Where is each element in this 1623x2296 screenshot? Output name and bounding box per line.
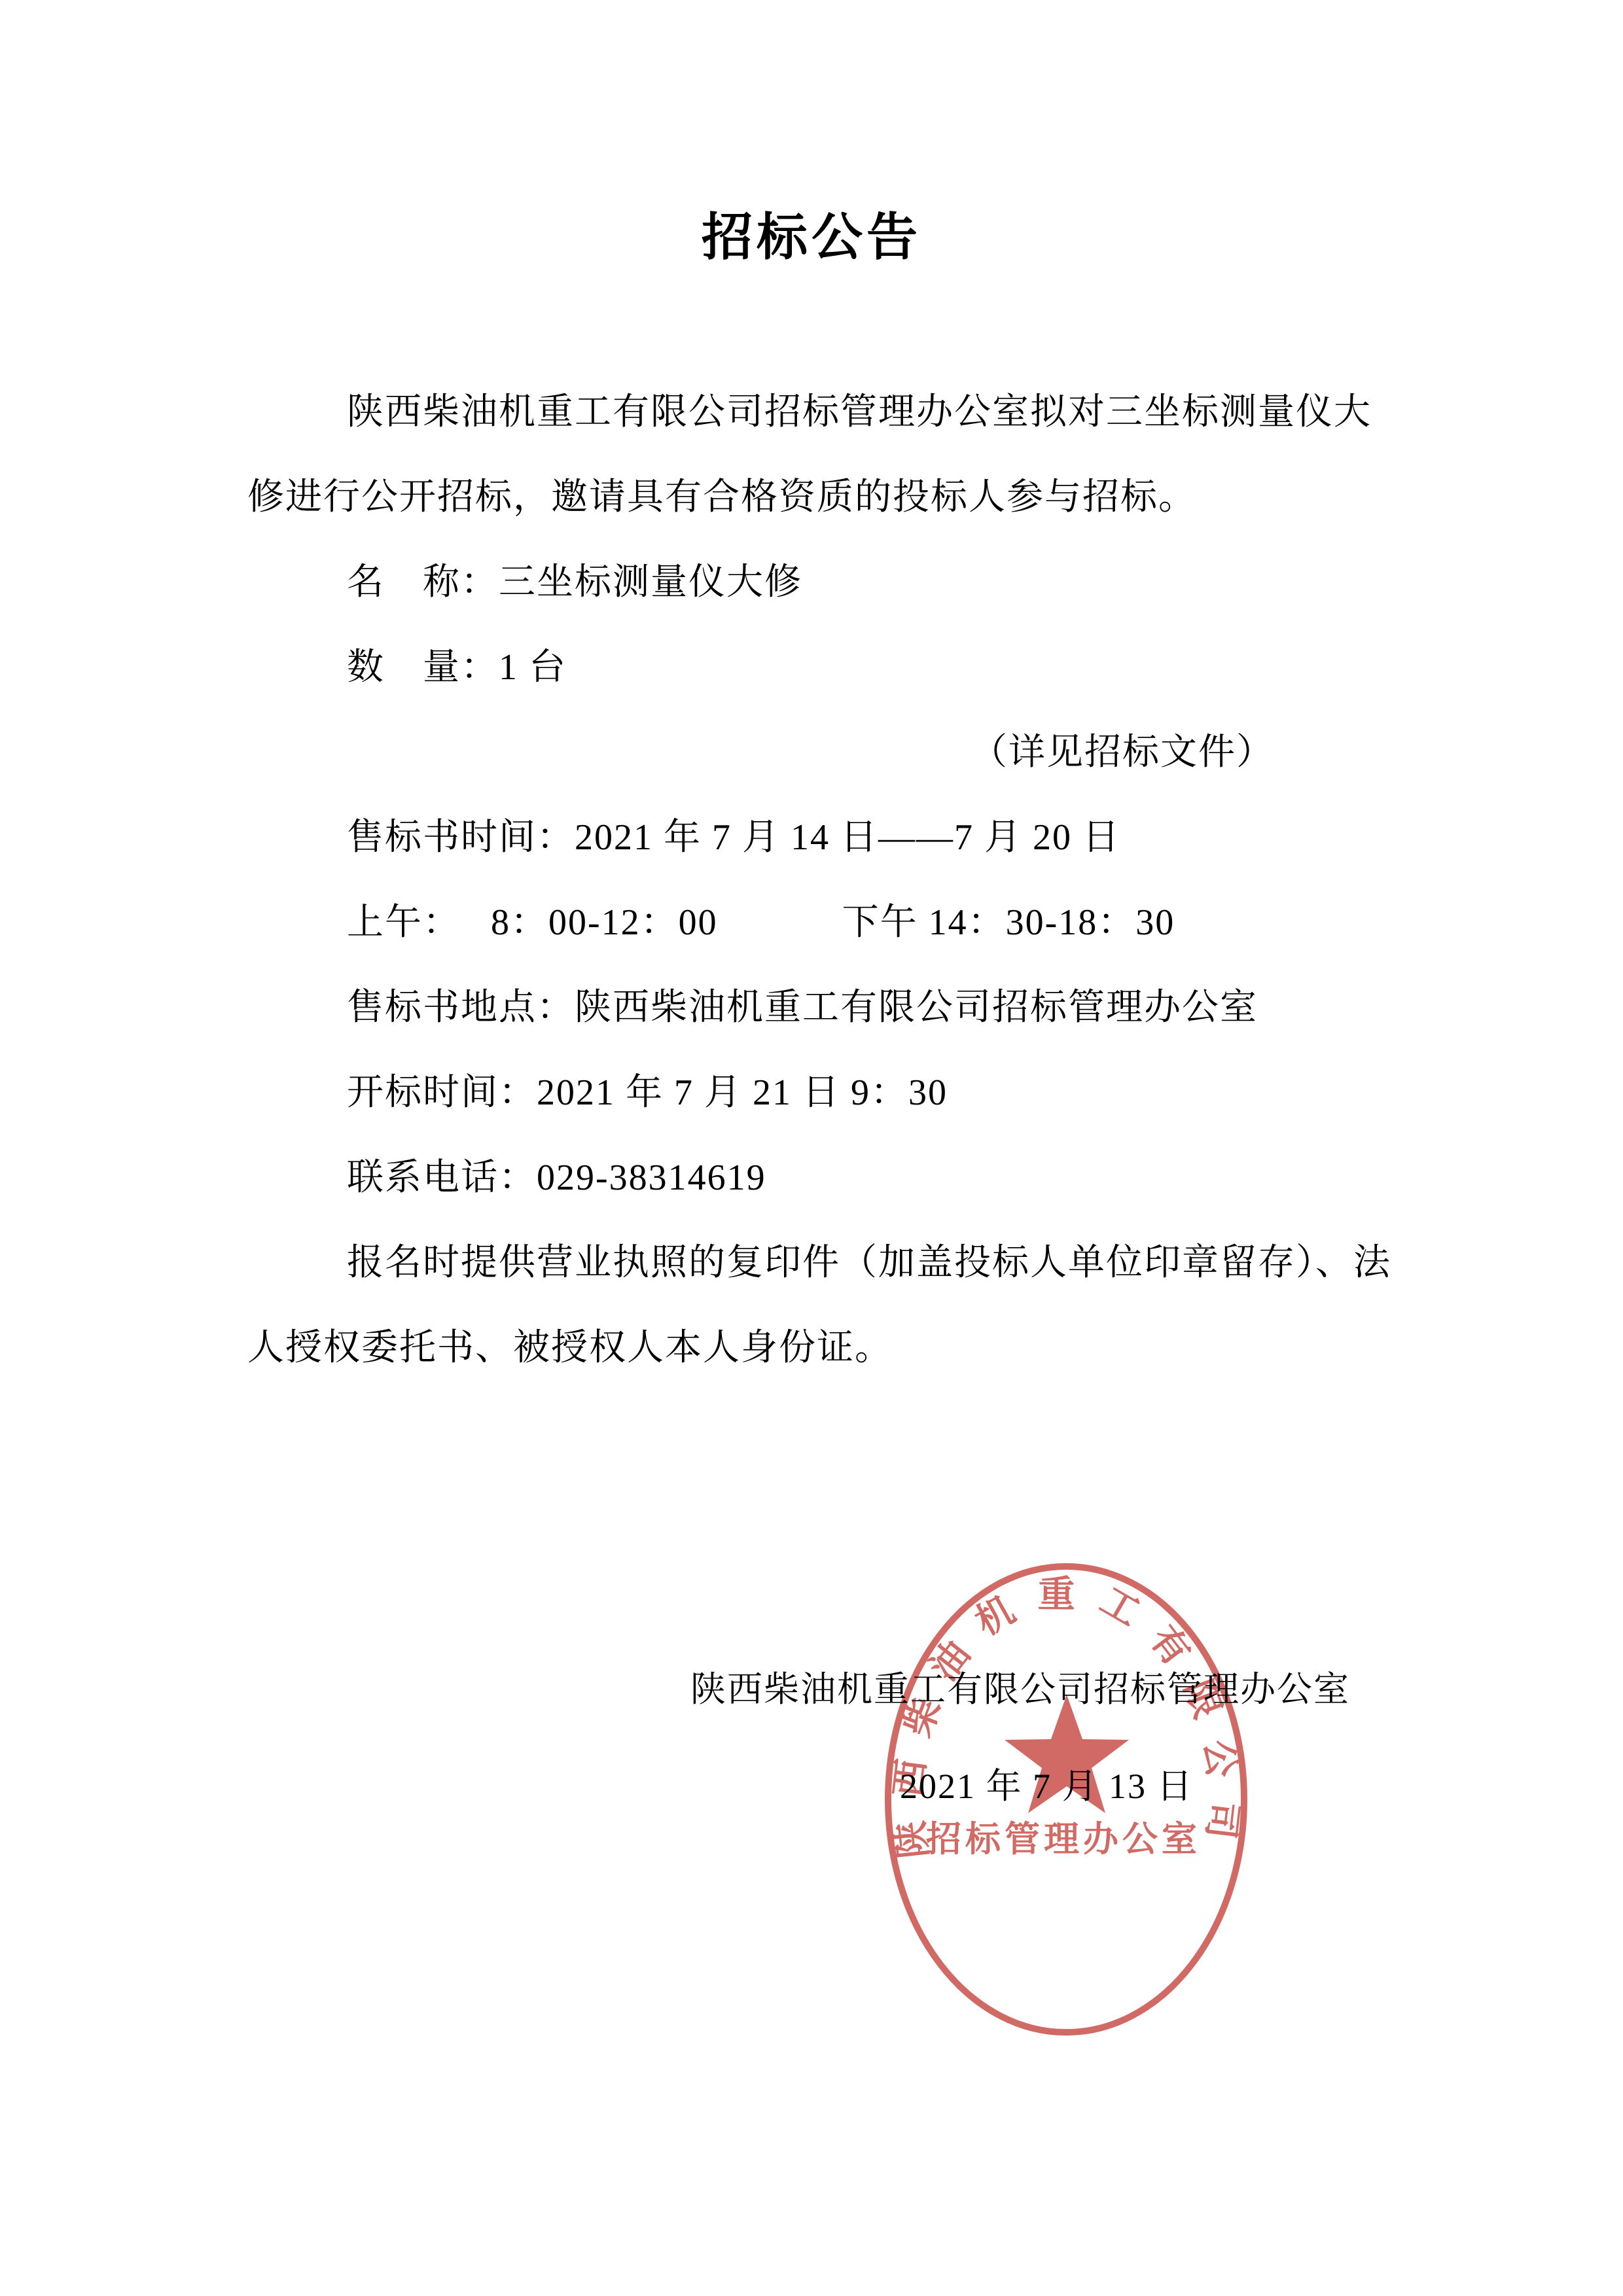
document-line: 售标书地点：陕西柴油机重工有限公司招标管理办公室	[247, 965, 1386, 1050]
document-line: 名 称：三坐标测量仪大修	[247, 540, 1386, 625]
stamp-border-ring	[888, 1566, 1244, 2032]
document-line: 陕西柴油机重工有限公司招标管理办公室拟对三坐标测量仪大	[247, 370, 1386, 455]
document-line: 联系电话：029-38314619	[247, 1135, 1386, 1220]
document-line: 开标时间：2021 年 7 月 21 日 9：30	[247, 1050, 1386, 1135]
stamp-office-name: 招标管理办公室	[926, 1820, 1201, 1859]
document-line: （详见招标文件）	[247, 710, 1386, 795]
document-line: 人授权委托书、被授权人本人身份证。	[247, 1305, 1386, 1390]
official-seal-stamp: 陕西柴油机重工有限公司 招标管理办公室	[877, 1559, 1255, 2040]
document-line: 修进行公开招标，邀请具有合格资质的投标人参与招标。	[247, 455, 1386, 540]
document-line: 报名时提供营业执照的复印件（加盖投标人单位印章留存）、法	[247, 1220, 1386, 1305]
document-line: 上午： 8：00-12：00 下午 14：30-18：30	[247, 880, 1386, 965]
document-line: 售标书时间：2021 年 7 月 14 日——7 月 20 日	[247, 795, 1386, 880]
document-line: 数 量：1 台	[247, 625, 1386, 710]
stamp-star-icon	[1005, 1695, 1129, 1813]
page-title: 招标公告	[0, 208, 1623, 267]
document-body: 陕西柴油机重工有限公司招标管理办公室拟对三坐标测量仪大修进行公开招标，邀请具有合…	[247, 370, 1386, 1390]
document-page: 招标公告 陕西柴油机重工有限公司招标管理办公室拟对三坐标测量仪大修进行公开招标，…	[0, 0, 1623, 2296]
